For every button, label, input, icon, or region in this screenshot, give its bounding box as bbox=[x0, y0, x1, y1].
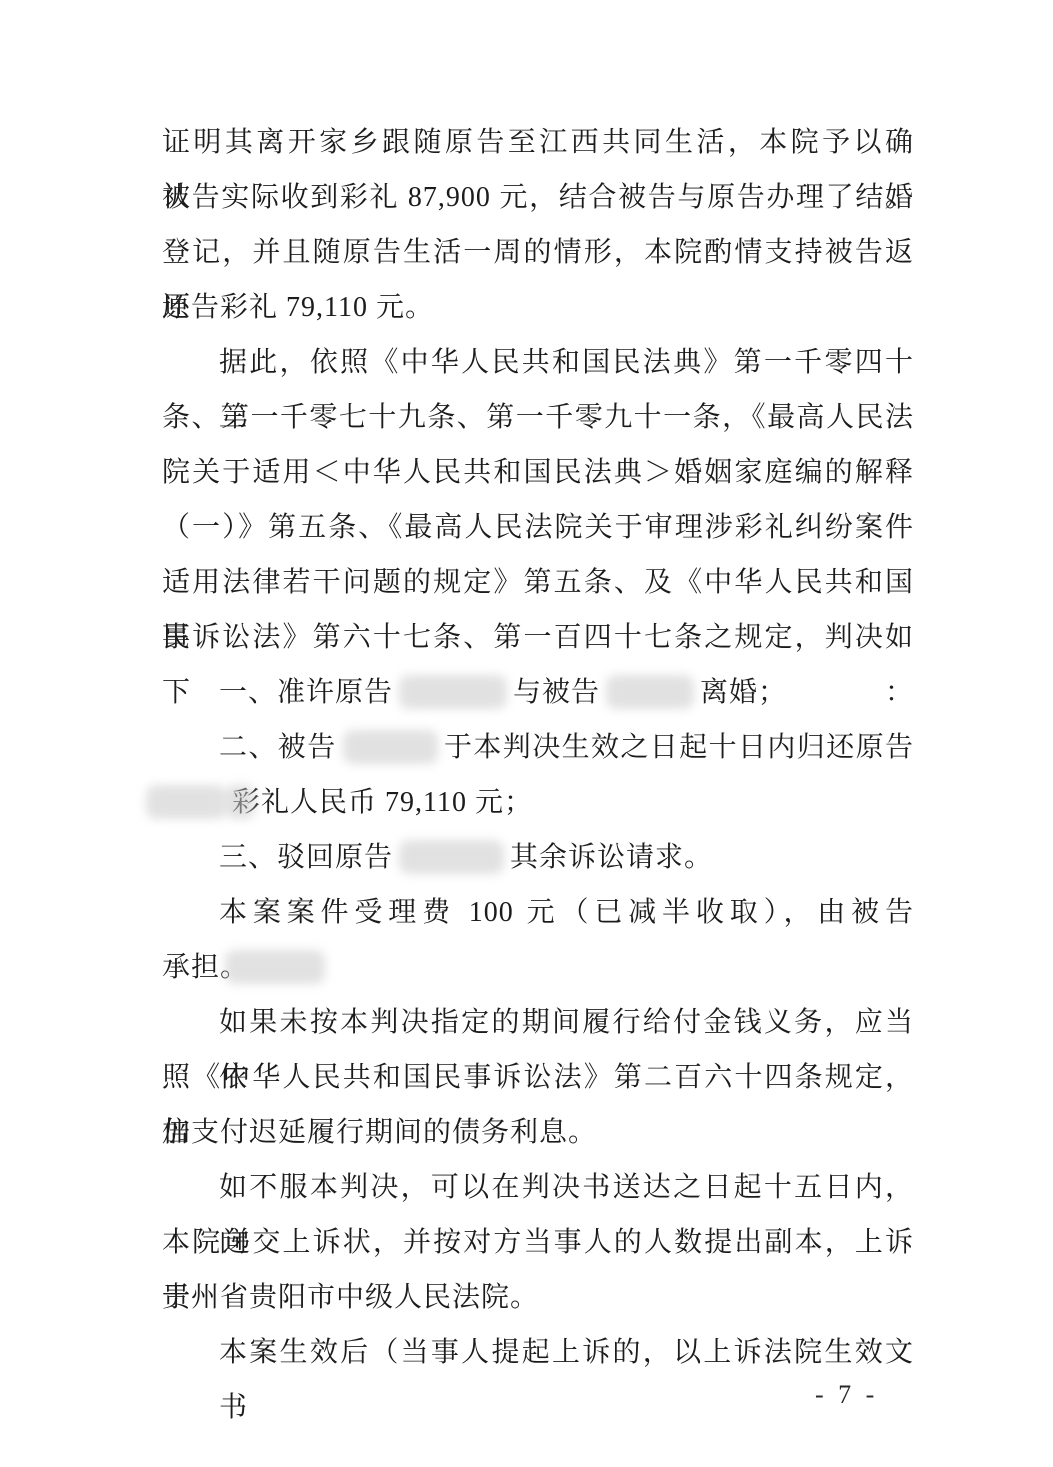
document-line: 事诉讼法》第六十七条、第一百四十七条之规定，判决如下： bbox=[162, 610, 914, 665]
line-text: 三、驳回原告 bbox=[219, 842, 393, 873]
line-text: 被告实际收到彩礼 87,900 元，结合被告与原告办理了结婚 bbox=[162, 182, 914, 213]
line-text: 原告彩礼 79,110 元。 bbox=[162, 292, 434, 323]
line-text: 倍支付迟延履行期间的债务利息。 bbox=[162, 1117, 597, 1148]
document-line: 本案案件受理费 100 元（已减半收取），由被告 bbox=[162, 885, 914, 940]
redaction-blur bbox=[225, 950, 325, 984]
line-text: 院关于适用＜中华人民共和国民法典＞婚姻家庭编的解释 bbox=[162, 457, 914, 488]
document-line: 适用法律若干问题的规定》第五条、及《中华人民共和国民 bbox=[162, 555, 914, 610]
document-line: 院关于适用＜中华人民共和国民法典＞婚姻家庭编的解释 bbox=[162, 445, 914, 500]
line-text: 条、第一千零七十九条、第一千零九十一条，《最高人民法 bbox=[162, 402, 914, 433]
line-text: 其余诉讼请求。 bbox=[510, 842, 713, 873]
document-page: 证明其离开家乡跟随原告至江西共同生活，本院予以确认。被告实际收到彩礼 87,90… bbox=[0, 0, 1053, 1467]
document-line: 贵州省贵阳市中级人民法院。 bbox=[162, 1270, 914, 1325]
line-text: 本案案件受理费 100 元（已减半收取），由被告 bbox=[219, 897, 914, 928]
redaction-blur bbox=[146, 785, 226, 819]
document-line: 如果未按本判决指定的期间履行给付金钱义务，应当依 bbox=[162, 995, 914, 1050]
text-block: 证明其离开家乡跟随原告至江西共同生活，本院予以确认。被告实际收到彩礼 87,90… bbox=[162, 115, 914, 1380]
line-text: 贵州省贵阳市中级人民法院。 bbox=[162, 1282, 539, 1313]
document-line: 据此，依照《中华人民共和国民法典》第一千零四十三 bbox=[162, 335, 914, 390]
document-line: 倍支付迟延履行期间的债务利息。 bbox=[162, 1105, 914, 1160]
document-line: 登记，并且随原告生活一周的情形，本院酌情支持被告返还 bbox=[162, 225, 914, 280]
document-line: 三、驳回原告其余诉讼请求。 bbox=[162, 830, 914, 885]
document-line: 证明其离开家乡跟随原告至江西共同生活，本院予以确认。 bbox=[162, 115, 914, 170]
line-text: 一、准许原告 bbox=[219, 677, 393, 708]
document-line: 照《中华人民共和国民事诉讼法》第二百六十四条规定，加 bbox=[162, 1050, 914, 1105]
line-text: 二、被告 bbox=[219, 732, 337, 763]
document-line: 彩礼人民币 79,110 元； bbox=[140, 775, 914, 830]
redaction-blur bbox=[399, 840, 504, 874]
document-line: 本案生效后（当事人提起上诉的，以上诉法院生效文书 bbox=[162, 1325, 914, 1380]
page-number: - 7 - bbox=[815, 1380, 878, 1410]
redaction-blur bbox=[399, 675, 507, 709]
document-line: 本院递交上诉状，并按对方当事人的人数提出副本，上诉于 bbox=[162, 1215, 914, 1270]
redaction-blur bbox=[225, 785, 255, 819]
line-text: 于本判决生效之日起十日内归还原告 bbox=[444, 732, 914, 763]
document-line: （一）》第五条、《最高人民法院关于审理涉彩礼纠纷案件 bbox=[162, 500, 914, 555]
redaction-blur bbox=[606, 675, 694, 709]
line-text: 本案生效后（当事人提起上诉的，以上诉法院生效文书 bbox=[219, 1337, 914, 1423]
line-text: 与被告 bbox=[513, 677, 600, 708]
document-line: 被告实际收到彩礼 87,900 元，结合被告与原告办理了结婚 bbox=[162, 170, 914, 225]
line-text: 离婚； bbox=[700, 677, 787, 708]
document-line: 二、被告于本判决生效之日起十日内归还原告 bbox=[162, 720, 914, 775]
line-text: （一）》第五条、《最高人民法院关于审理涉彩礼纠纷案件 bbox=[162, 512, 914, 543]
line-text: 彩礼人民币 79,110 元； bbox=[232, 787, 533, 818]
document-line: 原告彩礼 79,110 元。 bbox=[162, 280, 914, 335]
document-line: 如不服本判决，可以在判决书送达之日起十五日内，向 bbox=[162, 1160, 914, 1215]
document-line: 条、第一千零七十九条、第一千零九十一条，《最高人民法 bbox=[162, 390, 914, 445]
redaction-blur bbox=[343, 730, 438, 764]
